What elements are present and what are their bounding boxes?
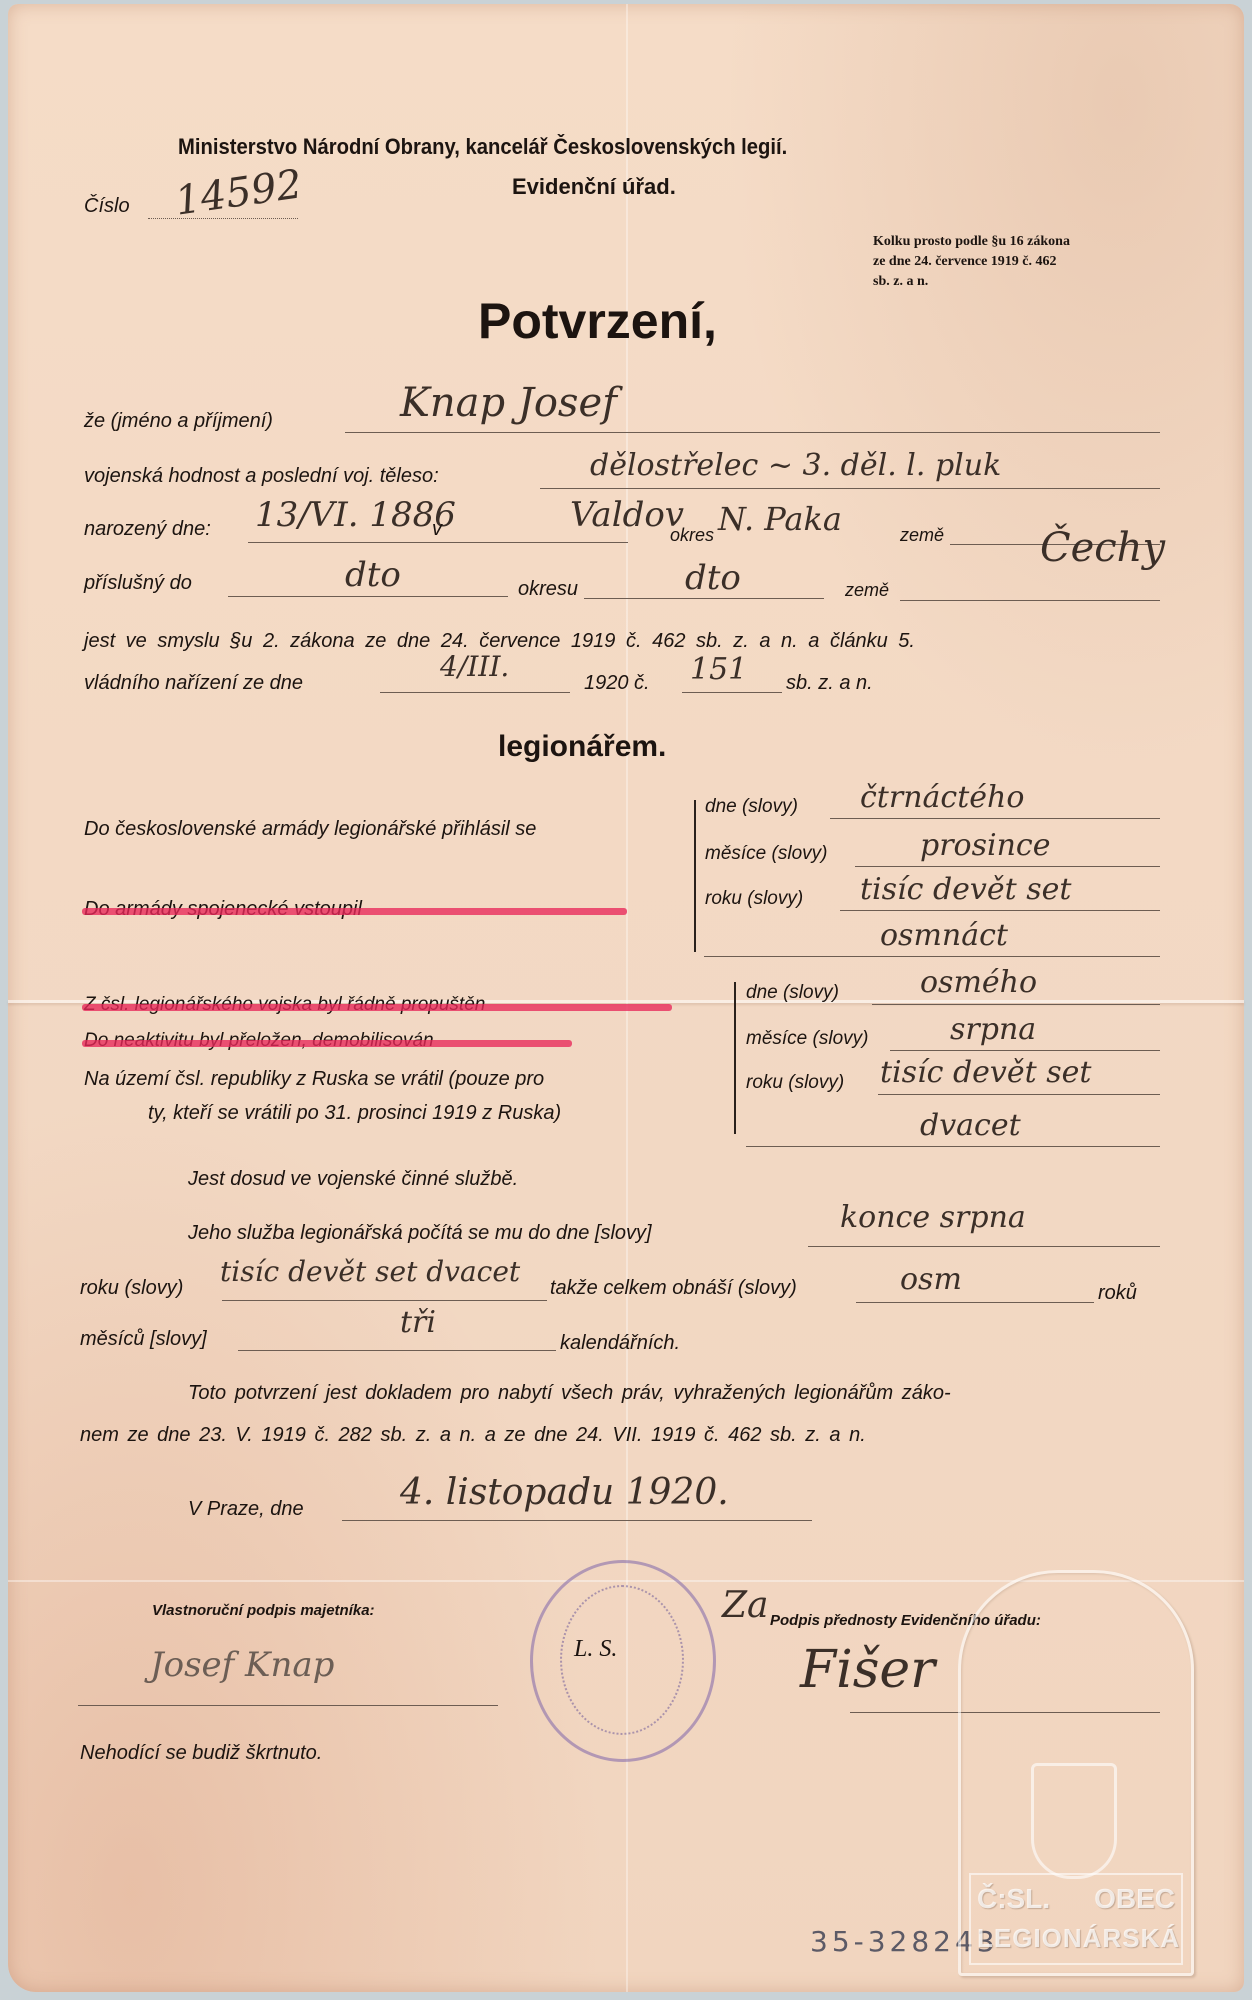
belongs-label: příslušný do xyxy=(84,572,192,595)
strike-through-mark xyxy=(82,1004,672,1011)
regulation-number-value: 151 xyxy=(690,652,747,687)
stamp-exempt-note: Kolku prosto podle §u 16 zákona ze dne 2… xyxy=(873,232,1070,292)
law-text-line2-prefix: vládního nařízení ze dne xyxy=(84,672,303,695)
discharge-line3: Na území čsl. republiky z Ruska se vráti… xyxy=(84,1068,544,1091)
enlisted-day-value: čtrnáctého xyxy=(860,780,1024,815)
active-service-note: Jest dosud ve vojenské činné službě. xyxy=(188,1168,518,1191)
discharge-year-value-cont: dvacet xyxy=(920,1108,1021,1143)
discharge-month-label: měsíce (slovy) xyxy=(746,1028,868,1050)
born-place-value: Valdov xyxy=(570,495,684,535)
bracket xyxy=(734,982,736,1134)
ministry-heading: Ministerstvo Národní Obrany, kancelář Če… xyxy=(178,134,787,160)
name-value: Knap Josef xyxy=(400,380,617,426)
place-date-value: 4. listopadu 1920. xyxy=(400,1472,729,1513)
service-total-years-value: osm xyxy=(900,1262,962,1297)
footnote: Nehodící se budiž škrtnuto. xyxy=(80,1742,322,1765)
rank-value: dělostřelec ~ 3. děl. l. pluk xyxy=(590,448,1001,483)
belongs-district-value: dto xyxy=(685,558,741,598)
regulation-date-value: 4/III. xyxy=(440,650,509,683)
discharge-line4: ty, kteří se vrátili po 31. prosinci 191… xyxy=(148,1102,561,1125)
service-year-value: tisíc devět set dvacet xyxy=(220,1255,520,1288)
law-text-suffix: sb. z. a n. xyxy=(786,672,873,695)
rank-label: vojenská hodnost a poslední voj. těleso: xyxy=(84,465,439,488)
seal-label: L. S. xyxy=(574,1636,617,1663)
land-label: země xyxy=(900,525,944,546)
place-date-label: V Praze, dne xyxy=(188,1498,304,1521)
born-in-label: v xyxy=(432,518,442,541)
enlisted-month-label: měsíce (slovy) xyxy=(705,843,827,865)
number-label: Číslo xyxy=(84,195,130,218)
belongs-district-label: okresu xyxy=(518,578,578,601)
belongs-value: dto xyxy=(345,555,401,595)
district-label: okres xyxy=(670,525,714,546)
discharge-year-value: tisíc devět set xyxy=(880,1055,1091,1090)
enlisted-month-value: prosince xyxy=(920,828,1050,863)
legionnaire-heading: legionářem. xyxy=(498,730,666,764)
service-years-label: roků xyxy=(1098,1282,1137,1305)
enlisted-year-value-cont: osmnáct xyxy=(880,918,1008,953)
strike-through-mark xyxy=(82,908,627,915)
emboss-text-left: Č:SL. xyxy=(977,1883,1050,1915)
office-heading: Evidenční úřad. xyxy=(512,174,676,200)
born-date-value: 13/VI. 1886 xyxy=(255,495,456,535)
closing-line1: Toto potvrzení jest dokladem pro nabytí … xyxy=(188,1382,951,1405)
service-year-label: roku (slovy) xyxy=(80,1277,183,1300)
bracket xyxy=(694,800,696,952)
enlisted-label: Do československé armády legionářské při… xyxy=(84,818,536,841)
enlisted-year-label: roku (slovy) xyxy=(705,888,803,910)
enlisted-day-label: dne (slovy) xyxy=(705,796,798,818)
service-until-value: konce srpna xyxy=(840,1200,1026,1235)
enlisted-year-value: tisíc devět set xyxy=(860,872,1071,907)
district-value: N. Paka xyxy=(718,500,842,538)
service-until-label: Jeho služba legionářská počítá se mu do … xyxy=(188,1222,652,1245)
closing-line2: nem ze dne 23. V. 1919 č. 282 sb. z. a n… xyxy=(80,1424,866,1447)
land-value: Čechy xyxy=(1040,525,1165,571)
coat-of-arms-icon xyxy=(1031,1763,1117,1879)
discharge-day-value: osmého xyxy=(920,965,1037,1000)
strike-through-mark xyxy=(82,1040,572,1047)
emboss-text-right: OBEC xyxy=(1094,1883,1175,1915)
law-text-year: 1920 č. xyxy=(584,672,650,695)
born-label: narozený dne: xyxy=(84,518,211,541)
discharge-month-value: srpna xyxy=(950,1012,1036,1047)
service-total-label: takže celkem obnáší (slovy) xyxy=(550,1277,797,1300)
service-months-value: tři xyxy=(400,1305,436,1340)
on-behalf-mark: Za xyxy=(722,1585,768,1626)
calendar-label: kalendářních. xyxy=(560,1332,680,1355)
document-title: Potvrzení, xyxy=(478,292,717,350)
belongs-land-label: země xyxy=(845,580,889,601)
discharge-day-label: dne (slovy) xyxy=(746,982,839,1004)
holder-signature-label: Vlastnoruční podpis majetníka: xyxy=(152,1602,375,1619)
head-signature: Fišer xyxy=(800,1640,935,1700)
emboss-text-bottom: LEGIONÁRSKÁ xyxy=(977,1923,1180,1954)
discharge-year-label: roku (slovy) xyxy=(746,1072,844,1094)
holder-signature: Josef Knap xyxy=(150,1645,334,1685)
service-months-label: měsíců [slovy] xyxy=(80,1328,207,1351)
embossed-legion-emblem: Č:SL. OBEC LEGIONÁRSKÁ xyxy=(958,1570,1194,1976)
name-label: že (jméno a příjmení) xyxy=(84,410,273,433)
